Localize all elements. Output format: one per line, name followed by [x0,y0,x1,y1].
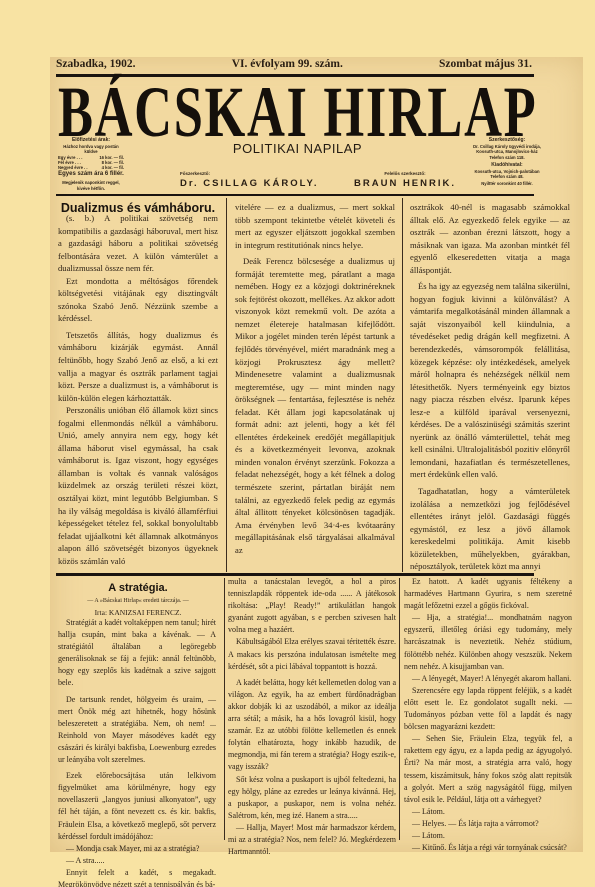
paragraph: Ez hatott. A kadét ugyanis féltékeny a h… [404,576,572,612]
feuilleton-column: multa a tanácstalan levegőt, a hol a pir… [228,576,396,858]
column-divider [402,198,403,572]
author-byline: Irta: KANIZSAI FERENCZ. [58,608,218,617]
paragraph: — A lényegét, Mayer! A lényegét akarom h… [404,673,572,685]
paragraph: — Hallja, Mayer! Most már harmadszor kér… [228,822,396,858]
paragraph: És ha igy az egyezség nem találna sikerü… [410,280,570,481]
paragraph: — Kitűnő. És látja a régi vár tornyának … [404,842,572,854]
paragraph: Kábultságából Elza erélyes szavai térite… [228,636,396,672]
paragraph: multa a tanácstalan levegőt, a hol a pir… [228,576,396,636]
publication-schedule: Megjelenik naponkint reggel, kivéve hétf… [58,180,124,190]
paragraph: — A stra..... [58,855,216,867]
paragraph: Deák Ferencz bölcsesége a dualizmus uj f… [235,255,395,556]
paragraph: A kadét belátta, hogy két kellemetlen do… [228,677,396,774]
volume-number: VI. évfolyam 99. szám. [232,58,343,70]
paragraph: — Sehen Sie, Fräulein Elza, tegyük fel, … [404,733,572,806]
editorial-heading: Szerkesztőség: [470,138,544,143]
paragraph: osztrákok 40-nél is magasabb számokkal á… [410,201,570,276]
place-year: Szabadka, 1902. [56,58,136,70]
column-divider [399,578,400,840]
editorial-address: Dr. Csillag Károly ügyvédi irodája, Koss… [470,144,544,160]
column-divider [226,198,227,572]
paragraph: De tartsunk rendet, hölgyeim és uraim, —… [58,694,216,767]
paragraph: Perszonális unióban élő államok közt sin… [58,404,218,567]
column-divider [224,578,225,840]
paragraph: Ezek előrebocsájtása után lelkivom figye… [58,770,216,843]
paragraph: — Látom. [404,806,572,818]
paragraph: — Mondja csak Mayer, mi az a stratégia? [58,843,216,855]
responsible-editor: Felelős szerkesztő: BRAUN HENRIK. [330,171,480,189]
paragraph: Ezt mondotta a méltóságos főrendek költs… [58,275,218,325]
feuilleton-title: A stratégia. [58,582,218,594]
feuilleton-subtitle: — A »Bácskai Hirlap« eredeti tárczája. — [58,598,218,604]
article-column: vitelére — ez a dualizmus, — mert sokkal… [235,201,395,556]
paragraph: Stratégiát a kadét voltaképpen nem tanul… [58,617,216,690]
paragraph: Ennyit felelt a kadét, s megakadt. Megrö… [58,867,216,887]
paragraph: (s. b.) A politikai szövetség nem kompat… [58,212,218,275]
editor-in-chief: Főszerkesztő: Dr. CSILLAG KÁROLY. [180,171,330,189]
feuilleton-column: Ez hatott. A kadét ugyanis féltékeny a h… [404,576,572,854]
open-column-price: Nyilttér soronkint 40 fillér. [470,181,544,186]
editorial-office-info: Szerkesztőség: Dr. Csillag Károly ügyvéd… [470,138,544,187]
office-address: Kossuth-utca, Vojnich-palotában Telefon … [470,169,544,179]
paragraph: Szerencsére egy lapda röppent feléjük, s… [404,685,572,733]
dateline: Szabadka, 1902. VI. évfolyam 99. szám. S… [56,57,532,71]
article-column: (s. b.) A politikai szövetség nem kompat… [58,212,218,567]
issue-date: Szombat május 31. [439,58,532,70]
paragraph: Sőt kész volna a puskaport is ujból felt… [228,774,396,822]
paragraph: vitelére — ez a dualizmus, — mert sokkal… [235,201,395,251]
paragraph: — Helyes. — És látja rajta a várromot? [404,818,572,830]
single-issue-price: Egyes szám ára 6 fillér. [58,172,124,177]
office-heading: Kiadóhivatal: [470,163,544,168]
subscription-row: Negyed évre . .4 kor. — fil. [58,165,124,170]
paragraph: — Hja, a stratégia!... mondhatnám nagyon… [404,612,572,672]
paragraph: — Látom. [404,830,572,842]
paragraph: Tetszetős állítás, hogy dualizmus és vám… [58,329,218,404]
newspaper-title: BÁCSKAI HIRLAP [58,80,450,145]
paragraph: Tagadhatatlan, hogy a vámterületek izolá… [410,485,570,573]
header-rule [56,194,534,196]
article-column: osztrákok 40-nél is magasabb számokkal á… [410,201,570,573]
feuilleton-column: Stratégiát a kadét voltaképpen nem tanul… [58,617,216,887]
